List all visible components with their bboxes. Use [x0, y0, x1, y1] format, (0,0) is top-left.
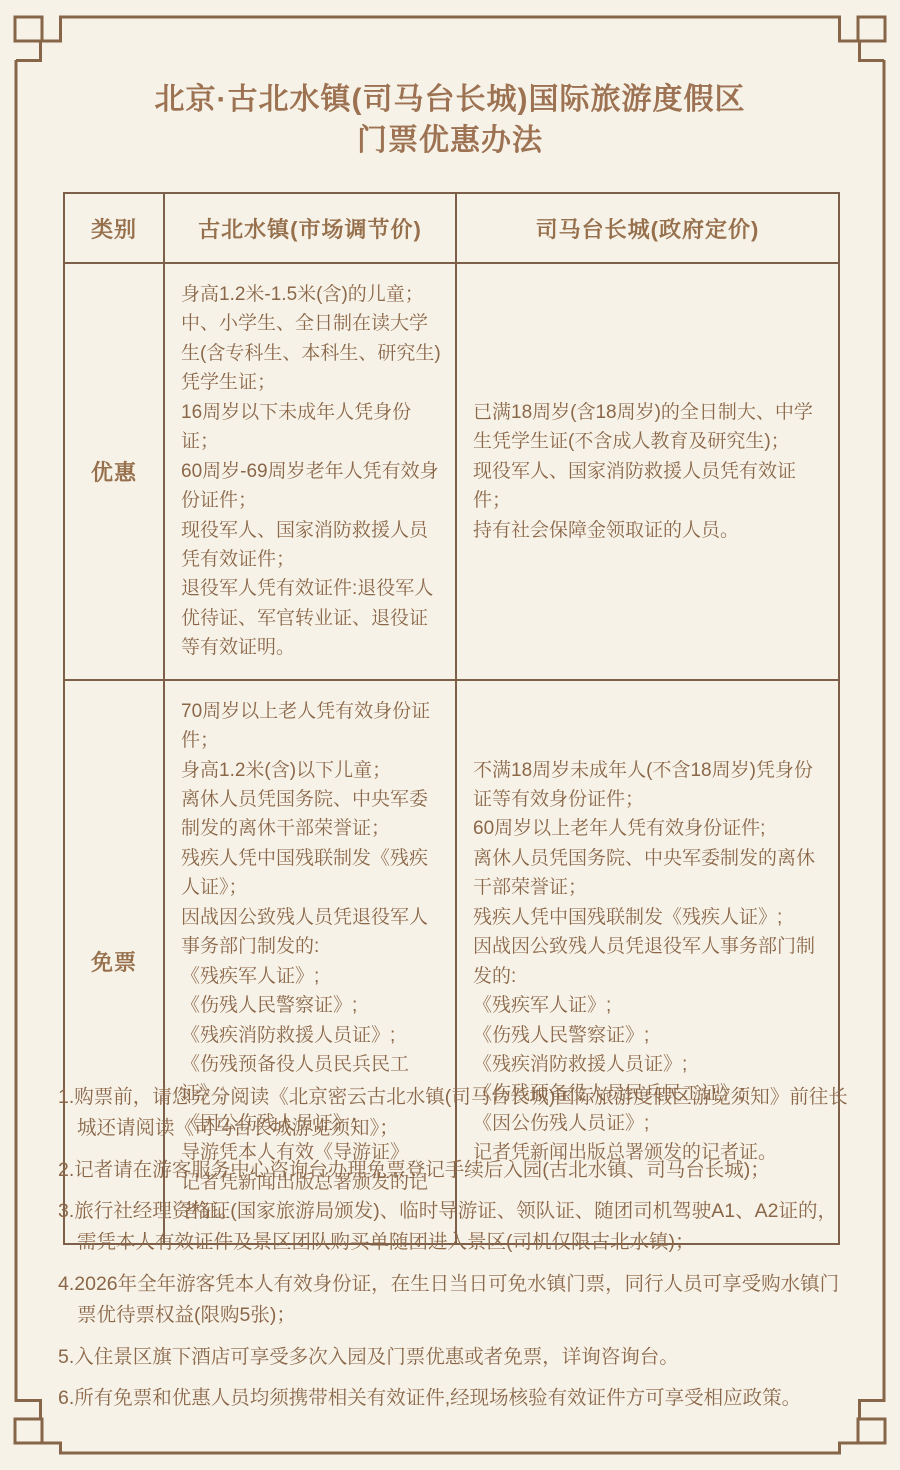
table-header-row: 类别 古北水镇(市场调节价) 司马台长城(政府定价): [64, 193, 839, 263]
page-title-line1: 北京·古北水镇(司马台长城)国际旅游度假区: [60, 80, 840, 121]
corner-square-bottom-left: [15, 1419, 42, 1443]
note-4: 4.2026年全年游客凭本人有效身份证，在生日当日可免水镇门票，同行人员可享受购…: [58, 1269, 850, 1331]
category-discount: 优惠: [64, 263, 164, 680]
note-6: 6.所有免票和优惠人员均须携带相关有效证件,经现场核验有效证件方可享受相应政策。: [58, 1383, 850, 1414]
notes-list: 1.购票前，请您充分阅读《北京密云古北水镇(司马台长城)国际旅游度假区游览须知》…: [58, 1082, 850, 1425]
header-gubei: 古北水镇(市场调节价): [164, 193, 456, 263]
note-3: 3.旅行社经理资格证(国家旅游局颁发)、临时导游证、领队证、随团司机驾驶A1、A…: [58, 1196, 850, 1258]
discount-simatai-cell: 已满18周岁(含18周岁)的全日制大、中学生凭学生证(不含成人教育及研究生)； …: [456, 263, 839, 680]
discount-gubei-cell: 身高1.2米-1.5米(含)的儿童； 中、小学生、全日制在读大学生(含专科生、本…: [164, 263, 456, 680]
header-simatai: 司马台长城(政府定价): [456, 193, 839, 263]
note-2: 2.记者请在游客服务中心咨询台办理免票登记手续后入园(古北水镇、司马台长城)；: [58, 1155, 850, 1186]
table-row-discount: 优惠 身高1.2米-1.5米(含)的儿童； 中、小学生、全日制在读大学生(含专科…: [64, 263, 839, 680]
corner-square-top-right: [858, 17, 885, 41]
discount-notice-page: { "title": { "line1": "北京·古北水镇(司马台长城)国际旅…: [0, 0, 900, 1470]
note-1: 1.购票前，请您充分阅读《北京密云古北水镇(司马台长城)国际旅游度假区游览须知》…: [58, 1082, 850, 1144]
page-title: 北京·古北水镇(司马台长城)国际旅游度假区 门票优惠办法: [60, 80, 840, 161]
header-category: 类别: [64, 193, 164, 263]
page-title-line2: 门票优惠办法: [60, 121, 840, 162]
corner-square-top-left: [15, 17, 42, 41]
corner-square-bottom-right: [858, 1419, 885, 1443]
note-5: 5.入住景区旗下酒店可享受多次入园及门票优惠或者免票，详询咨询台。: [58, 1342, 850, 1373]
